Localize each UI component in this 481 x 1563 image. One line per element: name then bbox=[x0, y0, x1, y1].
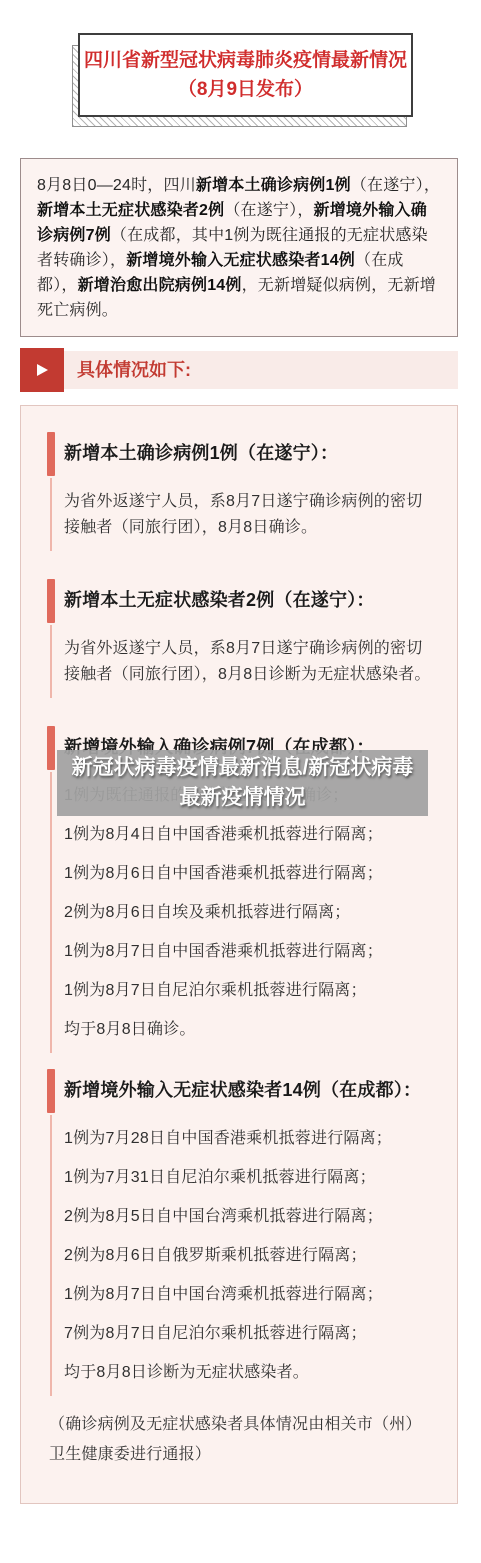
section-rail-line bbox=[50, 772, 52, 1053]
case-detail-item: 1例为7月31日自尼泊尔乘机抵蓉进行隔离； bbox=[64, 1165, 431, 1191]
case-detail-item: 为省外返遂宁人员，系8月7日遂宁确诊病例的密切接触者（同旅行团），8月8日诊断为… bbox=[64, 636, 431, 688]
case-detail-item: 1例为8月6日自中国香港乘机抵蓉进行隔离； bbox=[64, 861, 431, 887]
summary-run: （在遂宁）， bbox=[351, 177, 440, 194]
summary-bold-run: 新增本土无症状感染者2例 bbox=[37, 202, 224, 219]
watermark-overlay: 新冠状病毒疫情最新消息/新冠状病毒最新疫情情况 bbox=[57, 750, 428, 816]
section-accent-bar bbox=[47, 579, 55, 623]
case-detail-item: 1例为8月7日自中国香港乘机抵蓉进行隔离； bbox=[64, 939, 431, 965]
details-header: 具体情况如下: bbox=[20, 348, 458, 392]
summary-box: 8月8日0—24时，四川新增本土确诊病例1例（在遂宁），新增本土无症状感染者2例… bbox=[20, 158, 458, 337]
section-rail-line bbox=[50, 1115, 52, 1396]
summary-bold-run: 新增治愈出院病例14例 bbox=[78, 277, 242, 294]
case-detail-item: 1例为8月7日自中国台湾乘机抵蓉进行隔离； bbox=[64, 1282, 431, 1308]
watermark-text: 新冠状病毒疫情最新消息/新冠状病毒最新疫情情况 bbox=[66, 753, 419, 813]
details-header-badge bbox=[20, 348, 64, 392]
page-title: 四川省新型冠状病毒肺炎疫情最新情况 bbox=[84, 50, 407, 72]
section-items: 为省外返遂宁人员，系8月7日遂宁确诊病例的密切接触者（同旅行团），8月8日确诊。 bbox=[64, 489, 431, 541]
section-heading: 新增境外输入无症状感染者14例（在成都）： bbox=[64, 1067, 431, 1113]
title-card: 四川省新型冠状病毒肺炎疫情最新情况 （8月9日发布） bbox=[72, 33, 413, 126]
details-panel: 新增本土确诊病例1例（在遂宁）： 为省外返遂宁人员，系8月7日遂宁确诊病例的密切… bbox=[20, 405, 458, 1504]
case-detail-item: 7例为8月7日自尼泊尔乘机抵蓉进行隔离； bbox=[64, 1321, 431, 1347]
case-detail-item: 均于8月8日确诊。 bbox=[64, 1017, 431, 1043]
section-items: 1例为既往通报的无症状感染者转确诊；1例为8月4日自中国香港乘机抵蓉进行隔离；1… bbox=[64, 783, 431, 1043]
play-arrow-icon bbox=[37, 364, 48, 376]
case-detail-item: 1例为8月7日自尼泊尔乘机抵蓉进行隔离； bbox=[64, 978, 431, 1004]
case-detail-item: 1例为7月28日自中国香港乘机抵蓉进行隔离； bbox=[64, 1126, 431, 1152]
summary-run: （在遂宁）， bbox=[224, 202, 313, 219]
summary-bold-run: 新增境外输入无症状感染者14例 bbox=[126, 252, 355, 269]
footnote: （确诊病例及无症状感染者具体情况由相关市（州）卫生健康委进行通报） bbox=[47, 1410, 431, 1470]
case-detail-item: 1例为8月4日自中国香港乘机抵蓉进行隔离； bbox=[64, 822, 431, 848]
title-card-box: 四川省新型冠状病毒肺炎疫情最新情况 （8月9日发布） bbox=[78, 33, 413, 117]
section-accent-bar bbox=[47, 432, 55, 476]
case-detail-item: 2例为8月6日自埃及乘机抵蓉进行隔离； bbox=[64, 900, 431, 926]
article-page: 四川省新型冠状病毒肺炎疫情最新情况 （8月9日发布） 8月8日0—24时，四川新… bbox=[0, 0, 481, 1563]
section-heading: 新增本土无症状感染者2例（在遂宁）： bbox=[64, 577, 431, 623]
summary-text: 8月8日0—24时，四川新增本土确诊病例1例（在遂宁），新增本土无症状感染者2例… bbox=[37, 173, 441, 323]
case-section: 新增本土确诊病例1例（在遂宁）： 为省外返遂宁人员，系8月7日遂宁确诊病例的密切… bbox=[47, 430, 431, 541]
section-items: 为省外返遂宁人员，系8月7日遂宁确诊病例的密切接触者（同旅行团），8月8日诊断为… bbox=[64, 636, 431, 688]
section-rail-line bbox=[50, 625, 52, 698]
page-subtitle: （8月9日发布） bbox=[178, 79, 313, 101]
case-detail-item: 为省外返遂宁人员，系8月7日遂宁确诊病例的密切接触者（同旅行团），8月8日确诊。 bbox=[64, 489, 431, 541]
case-section: 新增境外输入无症状感染者14例（在成都）： 1例为7月28日自中国香港乘机抵蓉进… bbox=[47, 1067, 431, 1386]
case-detail-item: 均于8月8日诊断为无症状感染者。 bbox=[64, 1360, 431, 1386]
section-rail-line bbox=[50, 478, 52, 551]
section-items: 1例为7月28日自中国香港乘机抵蓉进行隔离；1例为7月31日自尼泊尔乘机抵蓉进行… bbox=[64, 1126, 431, 1386]
case-detail-item: 2例为8月5日自中国台湾乘机抵蓉进行隔离； bbox=[64, 1204, 431, 1230]
section-accent-bar bbox=[47, 726, 55, 770]
details-header-label: 具体情况如下: bbox=[77, 348, 191, 392]
case-section: 新增本土无症状感染者2例（在遂宁）： 为省外返遂宁人员，系8月7日遂宁确诊病例的… bbox=[47, 577, 431, 688]
case-detail-item: 2例为8月6日自俄罗斯乘机抵蓉进行隔离； bbox=[64, 1243, 431, 1269]
section-heading: 新增本土确诊病例1例（在遂宁）： bbox=[64, 430, 431, 476]
summary-bold-run: 新增本土确诊病例1例 bbox=[196, 177, 351, 194]
summary-run: 8月8日0—24时，四川 bbox=[37, 177, 196, 194]
sections-container: 新增本土确诊病例1例（在遂宁）： 为省外返遂宁人员，系8月7日遂宁确诊病例的密切… bbox=[47, 430, 431, 1386]
section-accent-bar bbox=[47, 1069, 55, 1113]
